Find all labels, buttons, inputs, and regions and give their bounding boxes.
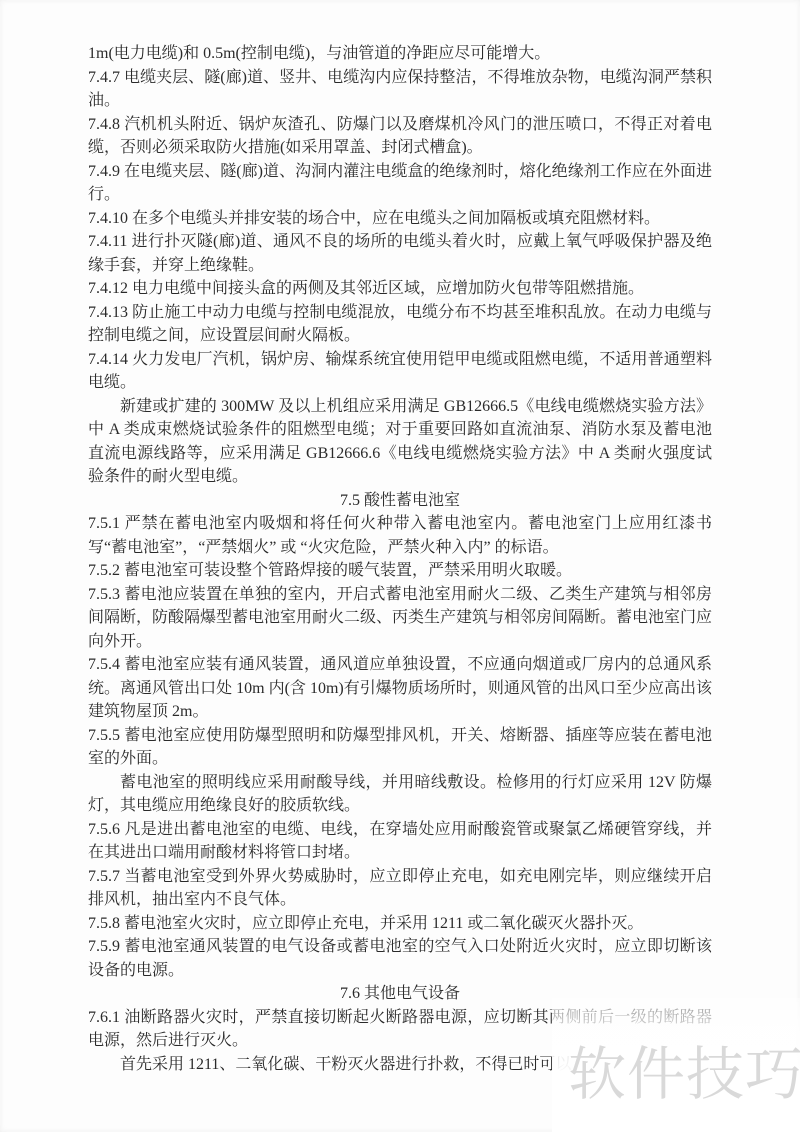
watermark: 软件技巧 bbox=[568, 1042, 800, 1108]
paragraph-7.5.8: 7.5.8 蓄电池室火灾时，应立即停止充电，并采用 1211 或二氧化碳灭火器扑… bbox=[88, 912, 712, 936]
paragraph-continued: 1m(电力电缆)和 0.5m(控制电缆)，与油管道的净距应尽可能增大。 bbox=[88, 42, 712, 66]
paragraph-7.5.9: 7.5.9 蓄电池室通风装置的电气设备或蓄电池室的空气入口处附近火灾时，应立即切… bbox=[88, 935, 712, 982]
paragraph-7.5.5: 7.5.5 蓄电池室应使用防爆型照明和防爆型排风机，开关、熔断器、插座等应装在蓄… bbox=[88, 724, 712, 771]
document-page: 1m(电力电缆)和 0.5m(控制电缆)，与油管道的净距应尽可能增大。7.4.7… bbox=[0, 0, 800, 1132]
paragraph-7.5.2: 7.5.2 蓄电池室可装设整个管路焊接的暖气装置，严禁采用明火取暖。 bbox=[88, 559, 712, 583]
paragraph-7.4.14: 7.4.14 火力发电厂汽机，锅炉房、输煤系统宜使用铠甲电缆或阻燃电缆，不适用普… bbox=[88, 348, 712, 395]
paragraph-7.5.7: 7.5.7 当蓄电池室受到外界火势威胁时，应立即停止充电，如充电刚完毕，则应继续… bbox=[88, 865, 712, 912]
document-content: 1m(电力电缆)和 0.5m(控制电缆)，与油管道的净距应尽可能增大。7.4.7… bbox=[88, 42, 712, 1076]
paragraph-7.4.11: 7.4.11 进行扑灭隧(廊)道、通风不良的场所的电缆头着火时，应戴上氧气呼吸保… bbox=[88, 230, 712, 277]
paragraph-7.5.4: 7.5.4 蓄电池室应装有通风装置，通风道应单独设置，不应通向烟道或厂房内的总通… bbox=[88, 653, 712, 724]
paragraph-300mw: 新建或扩建的 300MW 及以上机组应采用满足 GB12666.5《电线电缆燃烧… bbox=[88, 395, 712, 489]
paragraph-lighting: 蓄电池室的照明线应采用耐酸导线，并用暗线敷设。检修用的行灯应采用 12V 防爆灯… bbox=[88, 771, 712, 818]
paragraph-7.4.12: 7.4.12 电力电缆中间接头盒的两侧及其邻近区域，应增加防火包带等阻燃措施。 bbox=[88, 277, 712, 301]
paragraph-7.4.7: 7.4.7 电缆夹层、隧(廊)道、竖井、电缆沟内应保持整洁，不得堆放杂物，电缆沟… bbox=[88, 66, 712, 113]
paragraph-7.5.3: 7.5.3 蓄电池应装置在单独的室内，开启式蓄电池室用耐火二级、乙类生产建筑与相… bbox=[88, 583, 712, 654]
paragraph-7.4.13: 7.4.13 防止施工中动力电缆与控制电缆混放，电缆分布不均甚至堆积乱放。在动力… bbox=[88, 301, 712, 348]
section-heading-7.5: 7.5 酸性蓄电池室 bbox=[88, 489, 712, 513]
paragraph-7.5.1: 7.5.1 严禁在蓄电池室内吸烟和将任何火种带入蓄电池室内。蓄电池室门上应用红漆… bbox=[88, 512, 712, 559]
paragraph-7.4.9: 7.4.9 在电缆夹层、隧(廊)道、沟洞内灌注电缆盒的绝缘剂时，熔化绝缘剂工作应… bbox=[88, 160, 712, 207]
paragraph-7.4.10: 7.4.10 在多个电缆头并排安装的场合中，应在电缆头之间加隔板或填充阻燃材料。 bbox=[88, 207, 712, 231]
paragraph-7.4.8: 7.4.8 汽机机头附近、锅炉灰渣孔、防爆门以及磨煤机冷风门的泄压喷口，不得正对… bbox=[88, 113, 712, 160]
paragraph-7.5.6: 7.5.6 凡是进出蓄电池室的电缆、电线，在穿墙处应用耐酸瓷管或聚氯乙烯硬管穿线… bbox=[88, 818, 712, 865]
